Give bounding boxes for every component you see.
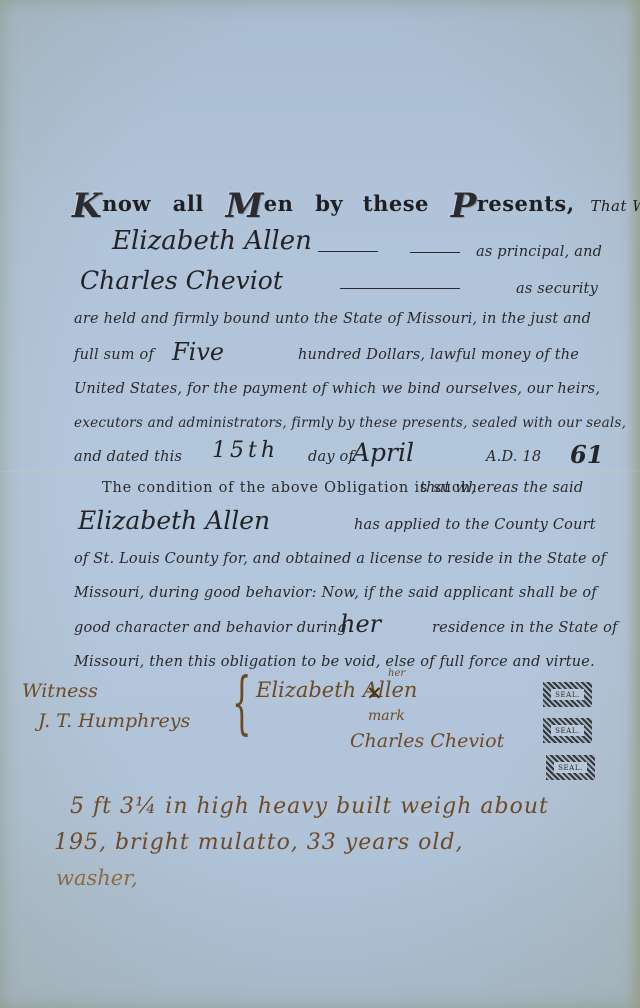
paper-fold-crease bbox=[0, 470, 640, 473]
body-line-1: are held and firmly bound unto the State… bbox=[74, 311, 591, 327]
principal-rule-2 bbox=[410, 252, 460, 253]
condition-line-4: Missouri, during good behavior: Now, if … bbox=[74, 585, 597, 601]
month-handwritten: April bbox=[352, 438, 414, 467]
security-suffix: as security bbox=[516, 281, 598, 297]
description-line-1: 5 ft 3¼ in high heavy built weigh about bbox=[70, 794, 549, 819]
security-rule bbox=[340, 288, 460, 289]
condition-line-5a: good character and behavior during bbox=[74, 620, 347, 636]
condition-lead-italic: that whereas the said bbox=[420, 480, 583, 496]
body-line-5b: day of bbox=[308, 449, 354, 465]
body-line-2a: full sum of bbox=[74, 347, 154, 363]
condition-line-5b: residence in the State of bbox=[432, 620, 618, 636]
signer1-x-mark: × bbox=[366, 680, 383, 704]
body-line-5a: and dated this bbox=[74, 449, 182, 465]
seal-2-label: SEAL. bbox=[551, 725, 584, 736]
body-line-2b: hundred Dollars, lawful money of the bbox=[298, 347, 579, 363]
principal-rule bbox=[318, 251, 378, 252]
principal-name-handwritten: Elizabeth Allen bbox=[112, 226, 312, 256]
signer1-mark-below: mark bbox=[368, 708, 405, 724]
seal-3: SEAL. bbox=[546, 755, 595, 780]
applicant-name-handwritten: Elizabeth Allen bbox=[78, 506, 270, 535]
heading-cap-m: M bbox=[226, 186, 264, 226]
description-line-3: washer, bbox=[56, 866, 138, 890]
seal-1-label: SEAL. bbox=[551, 689, 584, 700]
paper-edge-shadow bbox=[626, 0, 640, 1008]
condition-line-3: of St. Louis County for, and obtained a … bbox=[74, 551, 606, 567]
description-line-2: 195, bright mulatto, 33 years old, bbox=[54, 830, 464, 855]
pronoun-handwritten: her bbox=[340, 610, 381, 638]
heading-tail: That We, bbox=[590, 197, 640, 215]
day-handwritten: 15th bbox=[212, 438, 279, 463]
condition-line-6: Missouri, then this obligation to be voi… bbox=[74, 654, 595, 670]
witness-label: Witness bbox=[22, 680, 98, 702]
heading-cap-p: P bbox=[451, 186, 477, 226]
seal-3-label: SEAL. bbox=[554, 762, 587, 773]
body-line-3: United States, for the payment of which … bbox=[74, 381, 600, 397]
heading-cap-k: K bbox=[72, 186, 102, 226]
document-paper bbox=[0, 0, 640, 1008]
signature-brace: { bbox=[232, 670, 251, 738]
condition-line-2: has applied to the County Court bbox=[354, 517, 596, 533]
body-line-5c: A.D. 18 bbox=[486, 449, 541, 465]
seal-2: SEAL. bbox=[543, 718, 592, 743]
seal-1: SEAL. bbox=[543, 682, 592, 707]
security-name-handwritten: Charles Cheviot bbox=[80, 266, 283, 295]
witness-name: J. T. Humphreys bbox=[38, 710, 190, 732]
signer1-signature: Elizabeth Allen bbox=[256, 678, 417, 702]
body-line-4: executors and administrators, firmly by … bbox=[74, 415, 626, 431]
document-heading: Know all Men by these Presents, That We, bbox=[72, 186, 640, 226]
principal-suffix: as principal, and bbox=[476, 244, 602, 260]
sum-amount-handwritten: Five bbox=[172, 338, 224, 366]
year-suffix-handwritten: 61 bbox=[570, 440, 603, 469]
signer2-signature: Charles Cheviot bbox=[350, 730, 504, 752]
